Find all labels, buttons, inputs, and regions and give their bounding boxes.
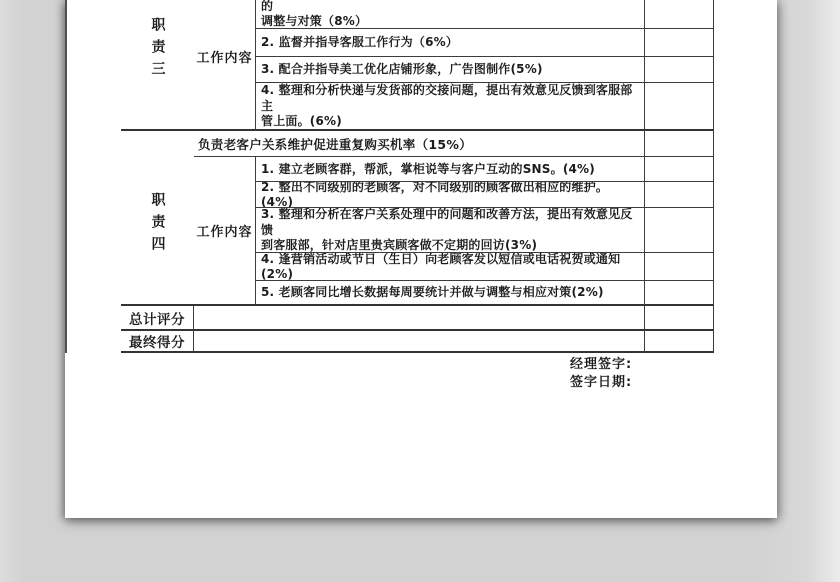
duty4-label-cell: 职责四 (121, 131, 194, 306)
duty3-score-1-cell (645, 0, 714, 29)
total-score-label-cell: 总计评分 (121, 306, 194, 331)
duty4-work-content-cell: 工作内容 (194, 157, 256, 306)
document-page: 职责三 工作内容 1. 每天不定时观察店铺数据，量子，直通车，钻展的消耗，做出适… (65, 0, 777, 518)
final-score-label-cell: 最终得分 (121, 331, 194, 353)
duty3-task-3-cell: 3. 配合并指导美工优化店铺形象，广告图制作(5%) (256, 57, 645, 83)
duty4-section-header-cell: 负责老客户关系维护促进重复购买机率（15%） (194, 131, 645, 157)
signature-date-label: 签字日期: (570, 374, 632, 392)
gray-backdrop: 职责三 工作内容 1. 每天不定时观察店铺数据，量子，直通车，钻展的消耗，做出适… (0, 0, 840, 582)
manager-signature-label: 经理签字: (570, 356, 632, 374)
duty4-score-5-cell (645, 281, 714, 306)
duty3-work-content-label: 工作内容 (196, 47, 252, 66)
final-score-extra-cell (645, 331, 714, 353)
duty4-task-4-cell: 4. 逢营销活动或节日（生日）向老顾客发以短信或电话祝贺或通知(2%) (256, 253, 645, 281)
signature-block: 经理签字: 签字日期: (570, 356, 632, 392)
duty3-score-2-cell (645, 29, 714, 57)
duty3-score-4-cell (645, 83, 714, 131)
duty4-label: 职责四 (151, 131, 165, 258)
duty3-task-2-cell: 2. 监督并指导客服工作行为（6%） (256, 29, 645, 57)
final-score-value-cell (194, 331, 645, 353)
total-score-extra-cell (645, 306, 714, 331)
total-score-value-cell (194, 306, 645, 331)
total-score-label: 总计评分 (129, 308, 185, 328)
duty4-score-1-cell (645, 157, 714, 182)
duty3-work-content-cell: 工作内容 (194, 0, 256, 131)
duty4-score-3-cell (645, 208, 714, 253)
duty3-task-1-cell: 1. 每天不定时观察店铺数据，量子，直通车，钻展的消耗，做出适当的 调整与对策（… (256, 0, 645, 29)
duty3-task-4-cell: 4. 整理和分析快递与发货部的交接问题，提出有效意见反馈到客服部主 管上面。(6… (256, 83, 645, 131)
duty4-header-score-cell (645, 131, 714, 157)
duty4-work-content-label: 工作内容 (196, 221, 252, 240)
duty3-score-3-cell (645, 57, 714, 83)
final-score-label: 最终得分 (129, 331, 185, 351)
duty4-score-2-cell (645, 182, 714, 208)
duty4-score-4-cell (645, 253, 714, 281)
duty3-label-cell: 职责三 (121, 0, 194, 131)
duty4-task-3-cell: 3. 整理和分析在客户关系处理中的问题和改善方法，提出有效意见反馈 到客服部，针… (256, 208, 645, 253)
duty4-task-5-cell: 5. 老顾客同比增长数据每周要统计并做与调整与相应对策(2%) (256, 281, 645, 306)
evaluation-table: 职责三 工作内容 1. 每天不定时观察店铺数据，量子，直通车，钻展的消耗，做出适… (65, 0, 714, 353)
duty4-task-2-cell: 2. 整出不同级别的老顾客，对不同级别的顾客做出相应的维护。(4%) (256, 182, 645, 208)
cropped-first-column-cell (65, 0, 121, 353)
duty4-task-1-cell: 1. 建立老顾客群，帮派，掌柜说等与客户互动的SNS。(4%) (256, 157, 645, 182)
duty3-label: 职责三 (151, 0, 165, 83)
